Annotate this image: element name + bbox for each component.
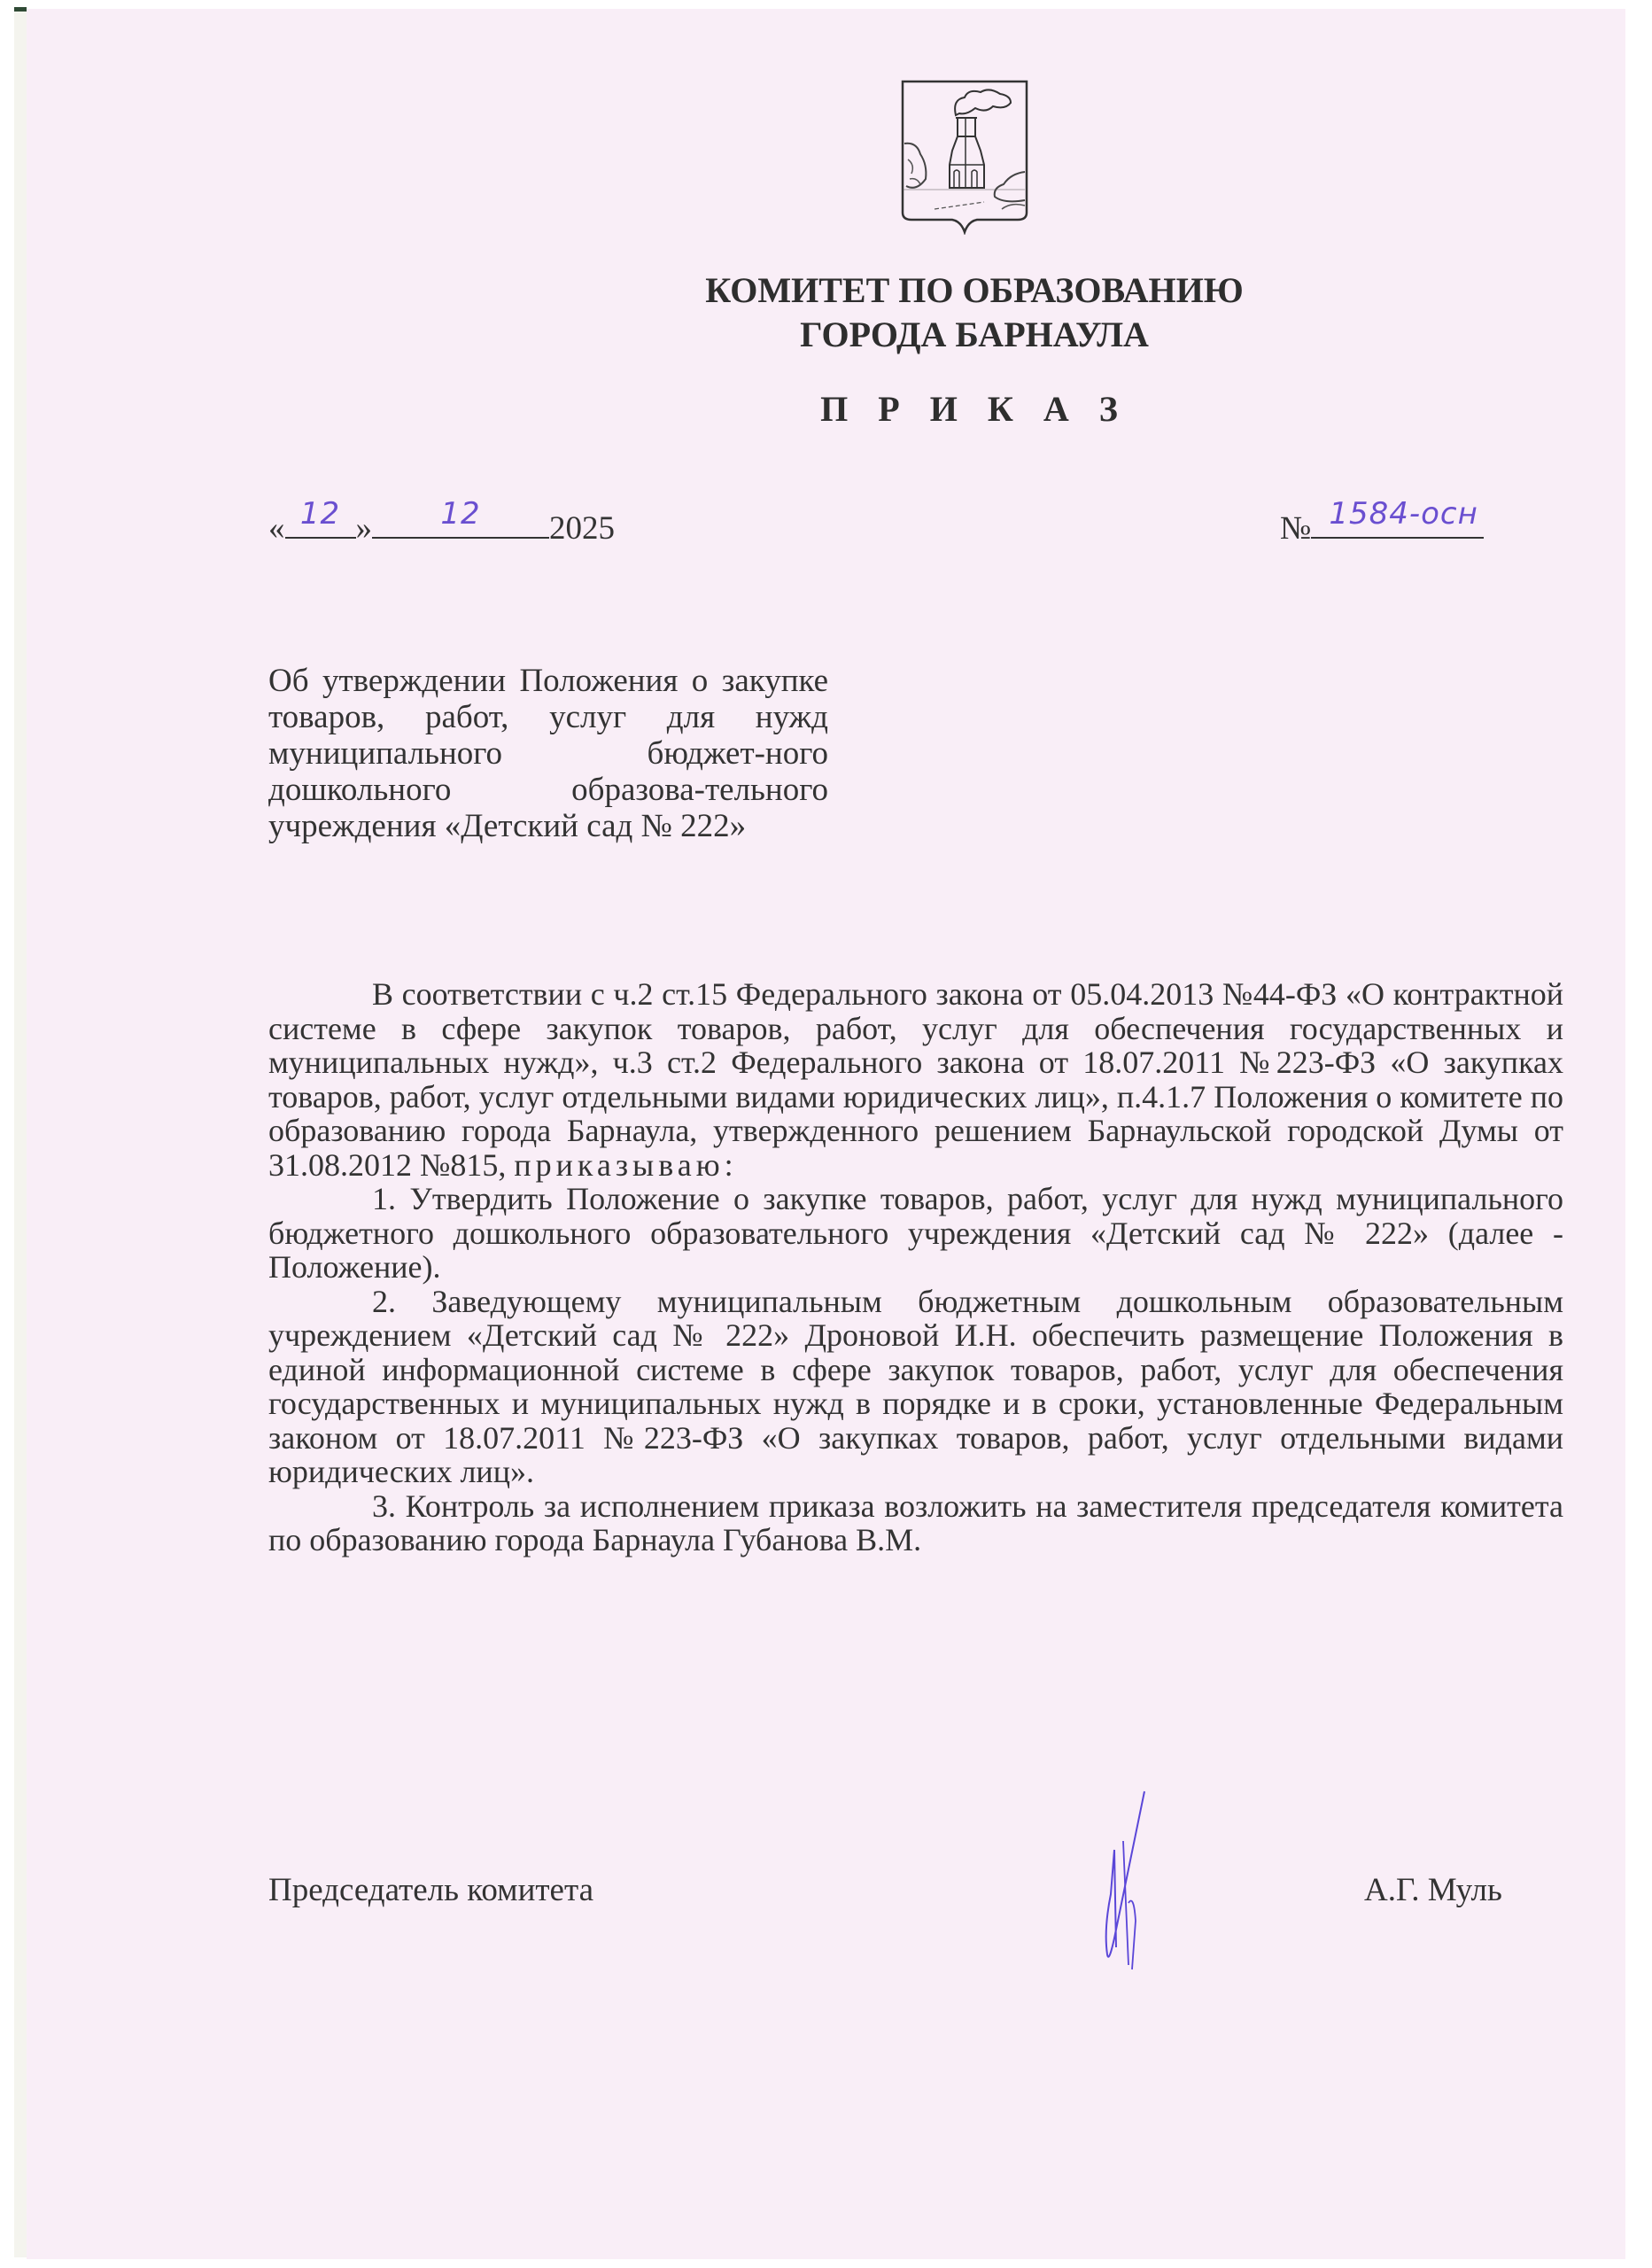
date-day-handwritten: 12 [285,496,356,532]
order-preamble: В соответствии с ч.2 ст.15 Федерального … [268,977,1563,1182]
scan-edge-right [1625,0,1652,2268]
document-type-title: П Р И К А З [620,387,1329,431]
order-item-1: 1. Утвердить Положение о закупке товаров… [268,1182,1563,1285]
order-number-label: № [1280,510,1311,547]
order-subject: Об утверждении Положения о закупке товар… [268,663,828,844]
order-number: №1584-осн [1280,505,1484,548]
signatory-position: Председатель комитета [268,1871,593,1909]
signatory-name: А.Г. Муль [1364,1871,1502,1909]
order-item-3: 3. Контроль за исполнением приказа возло… [268,1489,1563,1557]
date-open-quote: « [268,510,285,547]
date-year: 2025 [549,510,615,547]
preamble-text: В соответствии с ч.2 ст.15 Федерального … [268,976,1563,1183]
order-subject-text: Об утверждении Положения о закупке товар… [268,663,828,844]
date-close-quote: » [356,510,373,547]
date-month-handwritten: 12 [372,496,549,532]
order-number-field: 1584-осн [1311,505,1484,539]
organization-name: КОМИТЕТ ПО ОБРАЗОВАНИЮ ГОРОДА БАРНАУЛА [620,268,1329,357]
directive-word: приказываю: [514,1147,737,1183]
barnaul-coat-of-arms-icon [901,80,1028,235]
order-number-handwritten: 1584-осн [1329,496,1546,532]
date-month-field: 12 [372,505,549,539]
date-day-field: 12 [285,505,356,539]
organization-name-line1: КОМИТЕТ ПО ОБРАЗОВАНИЮ [620,268,1329,313]
handwritten-signature-icon [1090,1788,1160,1974]
order-item-2: 2. Заведующему муниципальным бюджетным д… [268,1285,1563,1489]
order-body: В соответствии с ч.2 ст.15 Федерального … [268,977,1563,1557]
order-date: «12»122025 [268,505,615,548]
scan-edge-left [14,7,27,2257]
scan-edge-mark [14,7,27,12]
organization-name-line2: ГОРОДА БАРНАУЛА [620,313,1329,357]
